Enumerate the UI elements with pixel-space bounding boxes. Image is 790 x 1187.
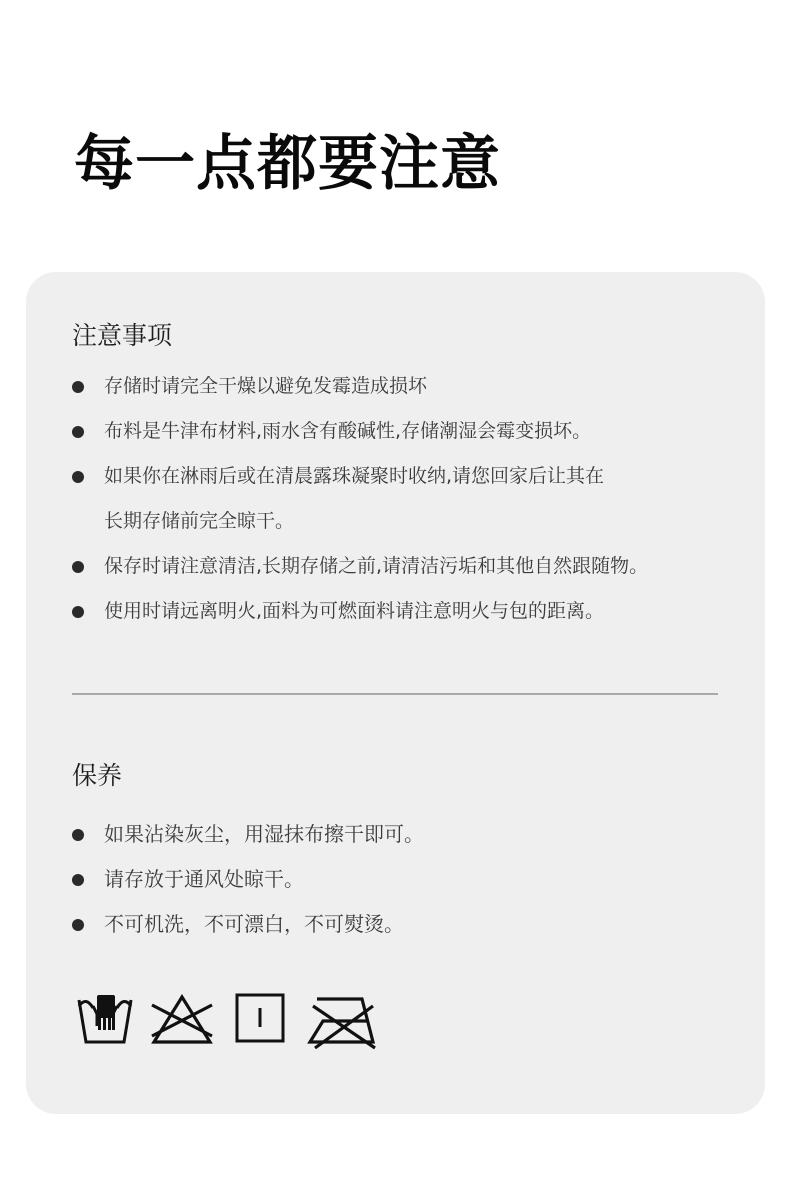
bullet-icon xyxy=(72,829,84,841)
list-item: 布料是牛津布材料,雨水含有酸碱性,存储潮湿会霉变损坏。 xyxy=(72,409,648,454)
section-heading-notes: 注意事项 xyxy=(72,320,172,352)
list-item-continuation: 长期存储前完全晾干。 xyxy=(72,499,648,544)
tumble-dry-line-icon xyxy=(235,993,287,1045)
bullet-icon xyxy=(72,381,84,393)
list-item: 如果你在淋雨后或在清晨露珠凝聚时收纳,请您回家后让其在 xyxy=(72,454,648,499)
bullet-icon xyxy=(72,606,84,618)
list-item: 使用时请远离明火,面料为可燃面料请注意明火与包的距离。 xyxy=(72,589,648,634)
bullet-icon xyxy=(72,471,84,483)
bullet-icon xyxy=(72,561,84,573)
list-item: 请存放于通风处晾干。 xyxy=(72,857,424,902)
section-divider xyxy=(72,693,718,695)
care-card: 注意事项 存储时请完全干燥以避免发霉造成损坏 布料是牛津布材料,雨水含有酸碱性,… xyxy=(26,272,765,1114)
bullet-icon xyxy=(72,919,84,931)
care-list: 如果沾染灰尘，用湿抹布擦干即可。 请存放于通风处晾干。 不可机洗，不可漂白，不可… xyxy=(72,812,424,947)
do-not-iron-icon xyxy=(307,996,379,1050)
do-not-bleach-icon xyxy=(150,994,214,1046)
hand-wash-icon xyxy=(76,992,134,1046)
notes-list: 存储时请完全干燥以避免发霉造成损坏 布料是牛津布材料,雨水含有酸碱性,存储潮湿会… xyxy=(72,364,648,634)
list-item: 保存时请注意清洁,长期存储之前,请清洁污垢和其他自然跟随物。 xyxy=(72,544,648,589)
list-item: 存储时请完全干燥以避免发霉造成损坏 xyxy=(72,364,648,409)
page-title: 每一点都要注意 xyxy=(74,124,501,204)
list-item: 如果沾染灰尘，用湿抹布擦干即可。 xyxy=(72,812,424,857)
bullet-icon xyxy=(72,426,84,438)
section-heading-care: 保养 xyxy=(72,760,122,792)
bullet-icon xyxy=(72,874,84,886)
list-item: 不可机洗，不可漂白，不可熨烫。 xyxy=(72,902,424,947)
